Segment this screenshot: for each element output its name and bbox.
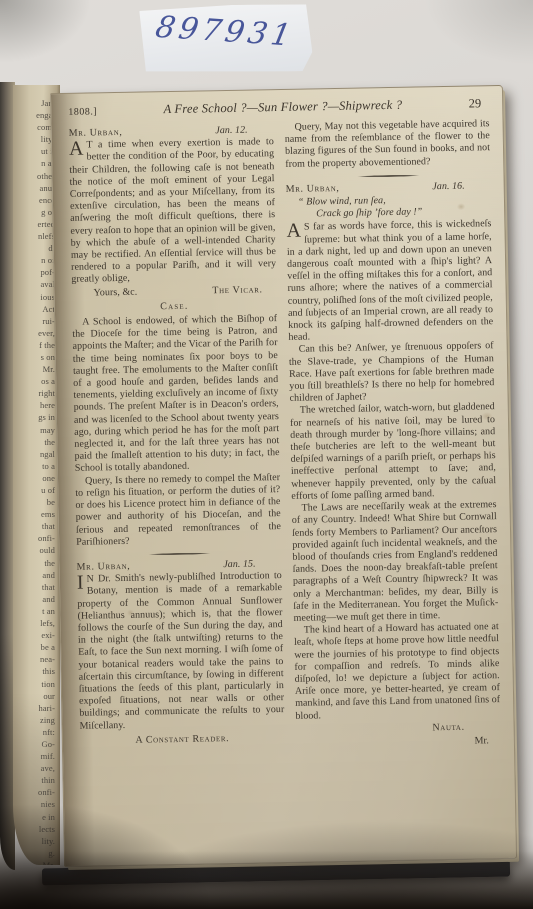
- verse-quote: “ Blow wind, run ſea, Crack go ſhip ’for…: [286, 193, 491, 221]
- closing-text: Yours, &c.: [94, 286, 138, 299]
- page-edge-text-fragment: and: [13, 569, 55, 581]
- page-number: 29: [469, 96, 490, 111]
- page-edge-text-fragment: ever,: [13, 327, 55, 339]
- letter-date: Jan. 12.: [215, 125, 248, 138]
- paragraph: The Laws are neceſſarily weak at the ext…: [291, 499, 498, 625]
- paragraph: Can this be? Anſwer, ye ſtrenuous oppoſe…: [289, 341, 495, 406]
- page-edge-text-fragment: f the: [13, 339, 55, 351]
- page-edge-text-fragment: ngal: [13, 448, 55, 460]
- page-edge-text-fragment: e in: [13, 811, 55, 823]
- page-edge-text-fragment: lefs,: [13, 617, 55, 629]
- page-edge-text-fragment: this: [13, 665, 55, 677]
- section-divider-rule: [357, 174, 419, 177]
- page-edge-text-fragment: d.: [13, 242, 55, 254]
- page-edge-text-fragment: zing: [13, 714, 55, 726]
- paragraph: Query, May not this vegetable have acqui…: [285, 118, 491, 171]
- page-edge-text-fragment: that: [13, 520, 55, 532]
- drop-cap: A: [286, 222, 304, 240]
- page-edge-text-fragment: one: [13, 472, 55, 484]
- paragraph: IN Dr. Smith's newly-publiſhed Introduct…: [77, 570, 285, 732]
- page-edge-text-fragment: nft:: [13, 726, 55, 738]
- page-edge-text-fragment: be: [13, 496, 55, 508]
- page-edge-text-fragment: ious: [13, 291, 55, 303]
- page-edge-text-fragment: onfi-: [13, 532, 55, 544]
- paragraph: The kind heart of a Howard has actuated …: [294, 621, 501, 722]
- page-edge-text-fragment: other: [13, 170, 55, 182]
- drop-cap: I: [77, 574, 87, 592]
- page-edge-text-fragment: that: [13, 581, 55, 593]
- book: Jan.engalcom-lity;ut itn asotheranu-ence…: [0, 82, 524, 870]
- page-edge-text-fragment: nlefs: [13, 230, 55, 242]
- page-edge-text-fragment: g of: [13, 206, 55, 218]
- sticky-note-number: 897931: [153, 10, 315, 55]
- page-edge-text-fragment: hari-: [13, 702, 55, 714]
- page-edge-text-fragment: nea-: [13, 653, 55, 665]
- page-edge-text-fragment: thin: [13, 774, 55, 786]
- page-edge-text-fragment: gs in: [13, 411, 55, 423]
- page-edge-text-fragment: g.: [13, 847, 55, 859]
- page-edge-text-fragment: rui-: [13, 315, 55, 327]
- page-edge-text-fragment: Act: [13, 303, 55, 315]
- letter-date: Jan. 16.: [432, 180, 465, 193]
- page-edge-text-fragment: s on: [13, 351, 55, 363]
- letter-signature: A Constant Reader.: [80, 732, 285, 748]
- left-column: Mr. Urban, Jan. 12. AT a time when every…: [69, 122, 285, 755]
- catchword: Mr.: [296, 735, 501, 751]
- page-edge-text-fragment: t an: [13, 605, 55, 617]
- letter-closing: Yours, &c. The Vicar.: [72, 284, 277, 300]
- section-heading: Case.: [72, 299, 277, 315]
- page-edge-text-fragment: Go-: [13, 738, 55, 750]
- page-edge-text-fragment: erted: [13, 218, 55, 230]
- page-content: 1808.] A Free School ?—Sun Flower ?—Ship…: [51, 86, 516, 866]
- page-edge-text-fragment: tion: [13, 678, 55, 690]
- paragraph-text: S far as words have force, this is wicke…: [287, 219, 494, 344]
- paragraph: A School is endowed, of which the Biſhop…: [72, 313, 280, 475]
- page-edge-text-fragment: lity.: [13, 835, 55, 847]
- page-edge-text-fragment: lity;: [13, 133, 55, 145]
- section-divider-rule: [148, 552, 210, 555]
- salutation: Mr. Urban,: [77, 561, 131, 574]
- sticky-note: 897931: [139, 3, 312, 75]
- book-page: 1808.] A Free School ?—Sun Flower ?—Ship…: [50, 85, 517, 867]
- paragraph: Query, Is there no remedy to compel the …: [75, 472, 281, 549]
- letter-signature: Nauta.: [296, 721, 501, 737]
- page-edge-text-fragment: ut it: [13, 145, 55, 157]
- page-title: A Free School ?—Sun Flower ?—Shipwreck ?: [97, 97, 469, 119]
- page-edge-text-fragment: aval: [13, 278, 55, 290]
- page-edge-text-fragment: ems: [13, 508, 55, 520]
- page-edge-text-fragment: to a: [13, 460, 55, 472]
- page-edge-text-fragment: here: [13, 399, 55, 411]
- page-edge-text-fragment: our: [13, 690, 55, 702]
- photo-of-book-page: Jan.engalcom-lity;ut itn asotheranu-ence…: [0, 0, 533, 909]
- page-edge-text-fragment: Mr.: [13, 859, 55, 865]
- paragraph: The wretched ſailor, watch-worn, but gla…: [290, 402, 497, 503]
- page-year: 1808.]: [68, 106, 97, 118]
- page-edge-text-fragment: pof-: [13, 266, 55, 278]
- page-edge-text-fragment: the: [13, 557, 55, 569]
- salutation: Mr. Urban,: [286, 183, 340, 196]
- letter-date: Jan. 15.: [223, 558, 256, 571]
- letter-signature: The Vicar.: [212, 284, 262, 297]
- paragraph-text: T a time when every exertion is made to …: [69, 136, 276, 285]
- page-edge-text-fragment: onfi-: [13, 786, 55, 798]
- page-edge-text-fragment: Jan.: [13, 97, 55, 109]
- page-edge-text-fragment: and: [13, 593, 55, 605]
- page-edge-text-fragment: ould: [13, 544, 55, 556]
- page-header: 1808.] A Free School ?—Sun Flower ?—Ship…: [68, 96, 489, 119]
- two-column-text: Mr. Urban, Jan. 12. AT a time when every…: [69, 118, 501, 755]
- paragraph: AT a time when every exertion is made to…: [69, 136, 277, 286]
- page-edge-text-fragment: may: [13, 424, 55, 436]
- page-edge-text-fragment: the: [13, 436, 55, 448]
- page-edge-text-fragment: right: [13, 387, 55, 399]
- page-edge-text-fragment: be a: [13, 641, 55, 653]
- page-edge-text-fragment: Mr.: [13, 363, 55, 375]
- right-column: Query, May not this vegetable have acqui…: [285, 118, 501, 751]
- page-edge-text-fragment: nies: [13, 798, 55, 810]
- page-edge-text-fragment: mif.: [13, 750, 55, 762]
- page-edge-text-fragment: n of: [13, 254, 55, 266]
- page-edge-text-fragment: com-: [13, 121, 55, 133]
- paragraph-text: N Dr. Smith's newly-publiſhed Introducti…: [77, 570, 284, 731]
- page-edge-text-fragment: anu-: [13, 182, 55, 194]
- page-edge-text-fragment: exi-: [13, 629, 55, 641]
- page-edge-text-fragment: os a: [13, 375, 55, 387]
- page-edge-text-fragment: u of: [13, 484, 55, 496]
- page-edge-text-fragment: engal: [13, 109, 55, 121]
- page-edge-text-fragment: n as: [13, 157, 55, 169]
- page-edge-text-fragment: ave,: [13, 762, 55, 774]
- page-edge-text-fragment: lects: [13, 823, 55, 835]
- paragraph: AS far as words have force, this is wick…: [286, 219, 493, 345]
- drop-cap: A: [69, 140, 87, 158]
- page-edge-text-fragment: ence: [13, 194, 55, 206]
